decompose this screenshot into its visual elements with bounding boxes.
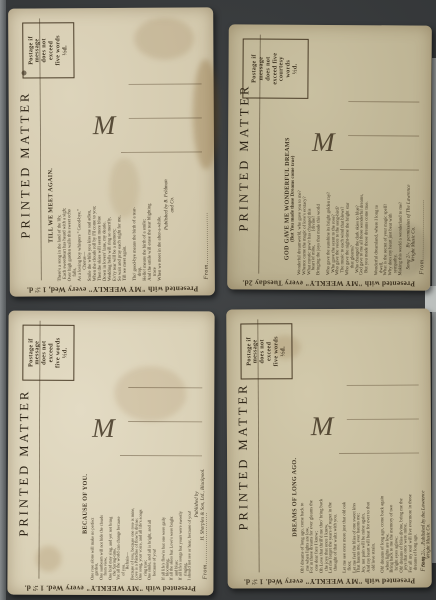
postage-box: Postage if message does not exceed five … <box>22 22 74 78</box>
printed-matter-heading: PRINTED MATTER <box>17 389 33 537</box>
postage-note: Postage if message does not exceed five … <box>246 336 287 367</box>
edge-note: Presented with "MY WEEKLY" every Wed, 1½… <box>10 283 215 296</box>
song-lyrics: One rose alone will make no perfect gard… <box>90 428 192 580</box>
postcard-printed-side: Presented with "MY WEEKLY" every Wed. 1½… <box>7 311 214 596</box>
edge-note: Presented with "MY WEEKLY" every Wed. 1½… <box>7 583 213 596</box>
song-subtitle: (But You made those Dreams come true) <box>290 123 296 275</box>
printed-matter-heading: PRINTED MATTER <box>18 91 34 239</box>
postage-note: Postage if message does not exceed five … <box>252 53 300 85</box>
song-title: DREAMS OF LONG AGO. <box>291 421 299 573</box>
scanned-postcards-photo: { "cards": [ { "id": "till-we-meet-again… <box>0 0 436 600</box>
scanner-edge-left <box>0 0 6 600</box>
song-block: GOD GAVE ME WONDERFUL DREAMS (But You ma… <box>283 123 418 276</box>
song-lyrics: Oh! dreams of long ago, come back to me … <box>300 421 418 574</box>
postage-note: Postage if message does not exceed five … <box>28 337 69 368</box>
postcard-printed-side: Presented with "MY WEEKLY" every Tuesday… <box>227 24 432 290</box>
song-block: TILL WE MEET AGAIN. There's a song in th… <box>47 129 176 282</box>
postcard-printed-side: Presented with "MY WEEKLY" every Wed. 1½… <box>226 308 431 588</box>
song-lyrics: There's a song in the land of the lily, … <box>56 129 162 282</box>
edge-note: Presented with "MY WEEKLY" every Tuesday… <box>227 277 430 290</box>
song-block: DREAMS OF LONG AGO. Oh! dreams of long a… <box>291 420 433 573</box>
from-line: From.............................. <box>420 496 426 571</box>
from-line: From.............................. <box>419 199 425 274</box>
edge-note: Presented with "MY WEEKLY" every Wed. 1½… <box>228 575 432 588</box>
song-title: BECAUSE OF YOU. <box>81 428 89 580</box>
postcard-god-gave-me-wonderful-dreams: M Presented with "MY WEEKLY" every Tuesd… <box>227 24 432 290</box>
from-line: From.......................... <box>203 212 209 279</box>
publisher-line: Published by B. Feldman and Co. <box>164 129 176 281</box>
song-title: TILL WE MEET AGAIN. <box>47 129 55 281</box>
postage-box: Postage if message does not exceed five … <box>240 323 292 379</box>
postage-note: Postage if message does not exceed five … <box>28 35 69 66</box>
postage-box: Postage if message does not exceed five … <box>242 38 308 98</box>
printed-matter-heading: PRINTED MATTER <box>236 383 252 531</box>
printed-matter-heading: PRINTED MATTER <box>237 84 253 232</box>
postcard-till-we-meet-again: M Presented with "MY WEEKLY" every Wed, … <box>8 7 215 296</box>
postcard-dreams-of-long-ago: M Presented with "MY WEEKLY" every Wed. … <box>226 308 431 588</box>
song-lyrics: Wonderful dreamworld, who gave you to me… <box>297 123 403 276</box>
song-block: BECAUSE OF YOU. One rose alone will make… <box>81 428 206 581</box>
postage-box: Postage if message does not exceed five … <box>22 325 74 381</box>
publisher-line: Song 2/-. By permission of The Lawrence … <box>406 123 418 275</box>
from-line: From.......................... <box>202 512 208 579</box>
postcard-because-of-you: M Presented with "MY WEEKLY" every Wed. … <box>7 311 214 596</box>
postcard-printed-side: Presented with "MY WEEKLY" every Wed, 1½… <box>8 7 215 296</box>
